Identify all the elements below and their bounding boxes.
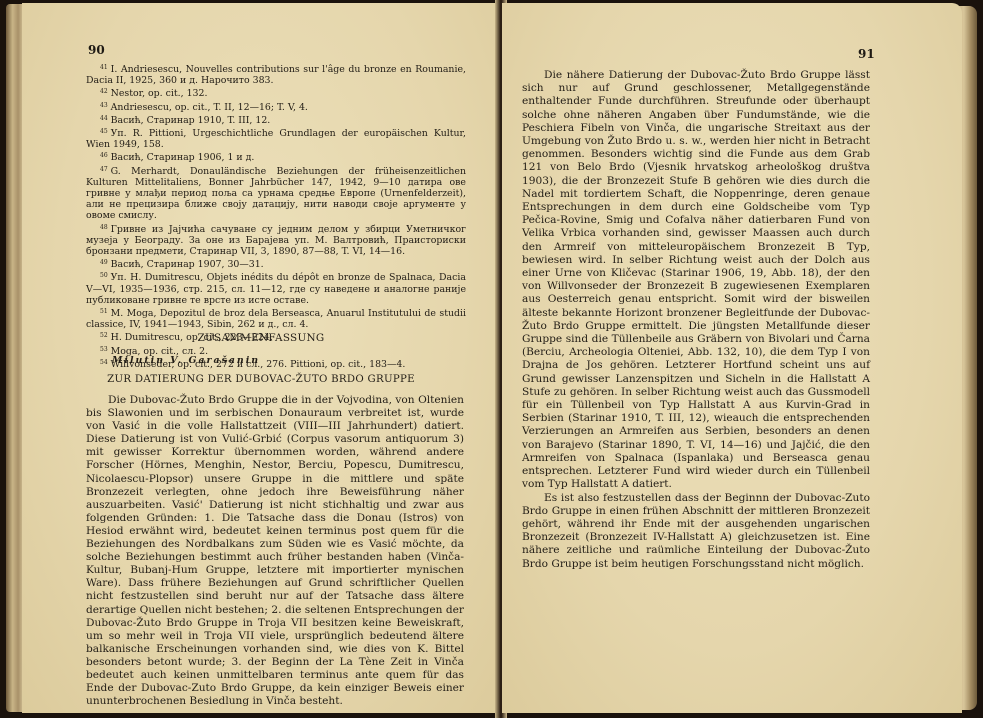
footnote: 44Васић, Старинар 1910, T. III, 12. (86, 113, 466, 126)
left-page: 90 41I. Andriesescu, Nouvelles contribut… (22, 3, 502, 713)
footnote: 46Васић, Старинар 1906, 1 и д. (86, 150, 466, 163)
article-body-continued: Die nähere Datierung der Dubovac-Žuto Br… (522, 69, 870, 571)
footnote: 48Гривне из Јајчића сачуване су једним д… (86, 222, 466, 258)
page-number: 90 (88, 43, 105, 57)
article-body: Die Dubovac-Žuto Brdo Gruppe die in der … (86, 394, 464, 708)
footnote: 43Andriesescu, op. cit., T. II, 12—16; T… (86, 100, 466, 113)
paragraph: Die nähere Datierung der Dubovac-Žuto Br… (522, 69, 870, 492)
footnote: 45Уп. R. Pittioni, Urgeschichtliche Grun… (86, 126, 466, 150)
footnote: 41I. Andriesescu, Nouvelles contribution… (86, 62, 466, 86)
right-page: 91 Die nähere Datierung der Dubovac-Žuto… (502, 3, 962, 713)
footnote: 49Васић, Старинар 1907, 30—31. (86, 257, 466, 270)
section-heading: ZUSAMMENFASSUNG (22, 332, 500, 344)
paragraph: Die Dubovac-Žuto Brdo Gruppe die in der … (86, 394, 464, 708)
author-name: Milutin V. Garašanin (112, 355, 260, 366)
article-title: ZUR DATIERUNG DER DUBOVAC-ŽUTO BRDO GRUP… (22, 374, 500, 385)
page-number: 91 (858, 47, 875, 61)
footnote: 51M. Moga, Depozitul de broz dela Bersea… (86, 306, 466, 330)
footnotes: 41I. Andriesescu, Nouvelles contribution… (86, 62, 466, 370)
footnote: 47G. Merhardt, Donauländische Beziehunge… (86, 164, 466, 222)
footnote: 50Уп. H. Dumitrescu, Objets inédits du d… (86, 270, 466, 306)
open-book: 90 41I. Andriesescu, Nouvelles contribut… (0, 0, 983, 718)
footnote: 42Nestor, op. cit., 132. (86, 86, 466, 99)
paragraph: Es ist also festzustellen dass der Begin… (522, 492, 870, 571)
